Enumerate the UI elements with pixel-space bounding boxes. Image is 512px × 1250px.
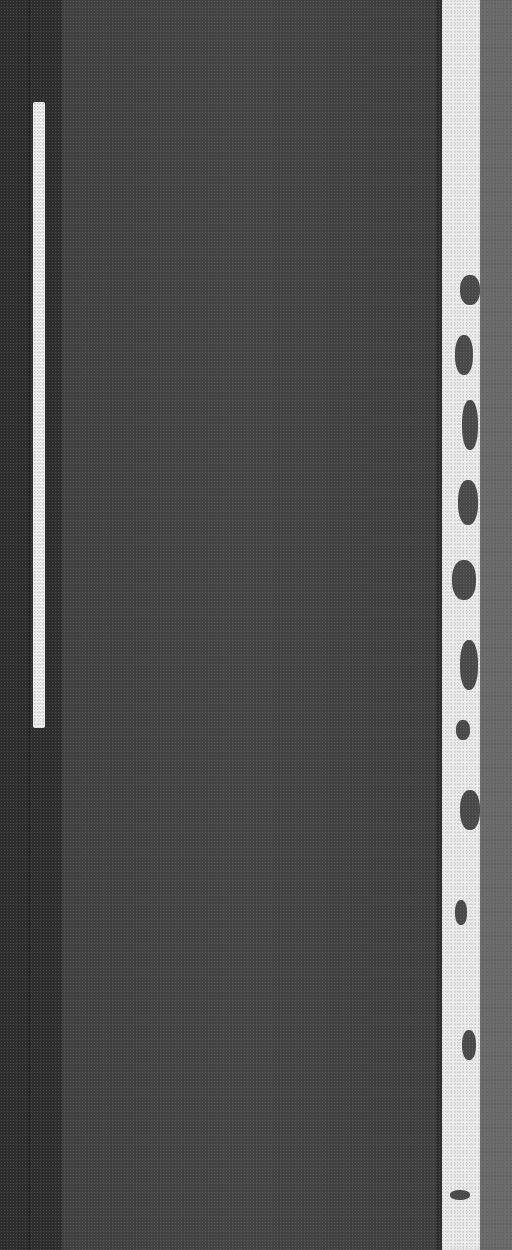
- wear-patch: [462, 400, 478, 450]
- wear-patch: [452, 560, 476, 600]
- asphalt-lane: [62, 0, 440, 1250]
- wear-patch: [460, 790, 480, 830]
- right-shoulder: [480, 0, 512, 1250]
- wear-patch: [455, 335, 473, 375]
- wear-patch: [455, 900, 467, 925]
- wear-patch: [458, 480, 478, 525]
- wear-patch: [456, 720, 470, 740]
- wear-patch: [460, 640, 478, 690]
- dashed-lane-marking: [33, 102, 45, 728]
- wear-patch: [460, 275, 480, 305]
- wear-patch: [462, 1030, 476, 1060]
- left-shoulder: [0, 0, 62, 1250]
- pavement-crack: [28, 0, 30, 1250]
- road-photo: [0, 0, 512, 1250]
- wear-patch: [450, 1190, 470, 1200]
- solid-edge-line: [442, 0, 480, 1250]
